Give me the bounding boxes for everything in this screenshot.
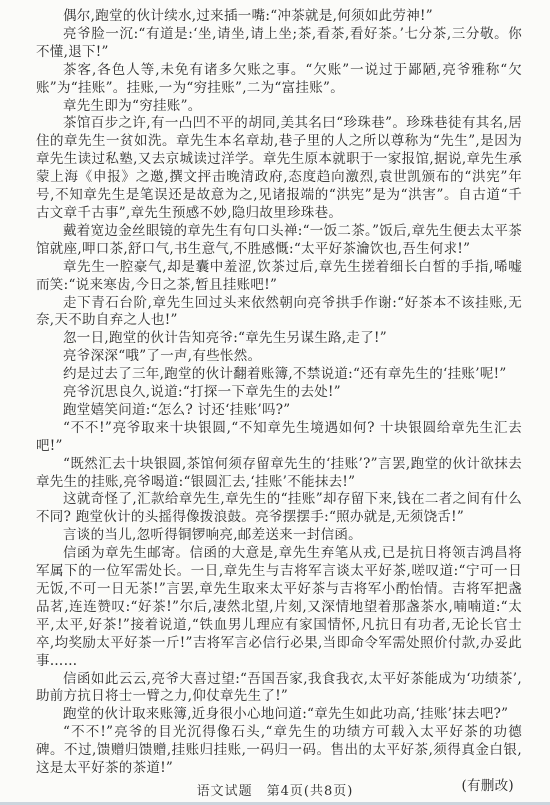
paragraph: 亮爷脸一沉:“有道是:‘坐,请坐,请上坐;茶,看茶,看好茶。’七分茶,三分敬。你…	[36, 26, 522, 62]
paragraph: 这就奇怪了,汇款给章先生,章先生的“挂账”却存留下来,钱在二者之间有什么不同? …	[36, 491, 522, 527]
paragraph: 茶馆百步之许,有一凸凹不平的胡同,美其名曰“珍珠巷”。珍珠巷徒有其名,居住的章先…	[36, 115, 522, 222]
paragraph: 走下青石台阶,章先生回过头来依然朝向亮爷拱手作谢:“好茶本不该挂账,无奈,天不助…	[36, 295, 522, 331]
paragraph: 茶客,各色人等,未免有诸多欠账之事。“欠账”一说过于鄙陋,亮爷雅称“欠账”为“挂…	[36, 62, 522, 98]
paragraph: 跑堂嬉笑问道:“怎么? 讨还‘挂账’吗?”	[36, 402, 522, 420]
paragraph: 偶尔,跑堂的伙计续水,过来插一嘴:“冲茶就是,何须如此劳神!”	[36, 8, 522, 26]
paragraph: 戴着宽边金丝眼镜的章先生有句口头禅:“一饭二茶。”饭后,章先生便去太平茶馆就座,…	[36, 223, 522, 259]
paragraph: 忽一日,跑堂的伙计告知亮爷:“章先生另谋生路,走了!”	[36, 330, 522, 348]
paragraph: “既然汇去十块银圆,茶馆何须存留章先生的‘挂账’?”言罢,跑堂的伙计欲抹去章先生…	[36, 456, 522, 492]
paragraph: 信函为章先生邮寄。信函的大意是,章先生弃笔从戎,已是抗日将领吉鸿昌将军属下的一位…	[36, 545, 522, 670]
paragraph: 信函如此云云,亮爷大喜过望:“吾国吾家,我食我衣,太平好茶能成为‘功绩茶’,助前…	[36, 671, 522, 707]
story-text: 偶尔,跑堂的伙计续水,过来插一嘴:“冲茶就是,何须如此劳神!”亮爷脸一沉:“有道…	[36, 8, 522, 778]
paragraph: “不不!”亮爷的目光沉得像石头,“章先生的功绩方可载入太平好茶的功德碑。不过,馈…	[36, 724, 522, 778]
page-footer: 语文试题 第4页(共8页)	[0, 780, 550, 799]
paragraph: 亮爷深深“哦”了一声,有些怅然。	[36, 348, 522, 366]
paragraph: 章先生一腔豪气,却是囊中羞涩,饮茶过后,章先生搓着细长白皙的手指,唏嘘而笑:“说…	[36, 259, 522, 295]
paragraph: “不不!”亮爷取来十块银圆,“不知章先生境遇如何? 十块银圆给章先生汇去吧!”	[36, 420, 522, 456]
paragraph: 章先生即为“穷挂账”。	[36, 98, 522, 116]
paragraph: 跑堂的伙计取来账簿,近身很小心地问道:“章先生如此功高,‘挂账’抹去吧?”	[36, 706, 522, 724]
exam-page: 偶尔,跑堂的伙计续水,过来插一嘴:“冲茶就是,何须如此劳神!”亮爷脸一沉:“有道…	[0, 0, 550, 805]
paragraph: 亮爷沉思良久,说道:“打探一下章先生的去处!”	[36, 384, 522, 402]
paragraph: 言谈的当儿,忽听得铜锣响亮,邮差送来一封信函。	[36, 527, 522, 545]
paragraph: 约是过去了三年,跑堂的伙计翻着账簿,不禁说道:“还有章先生的‘挂账’呢!”	[36, 366, 522, 384]
